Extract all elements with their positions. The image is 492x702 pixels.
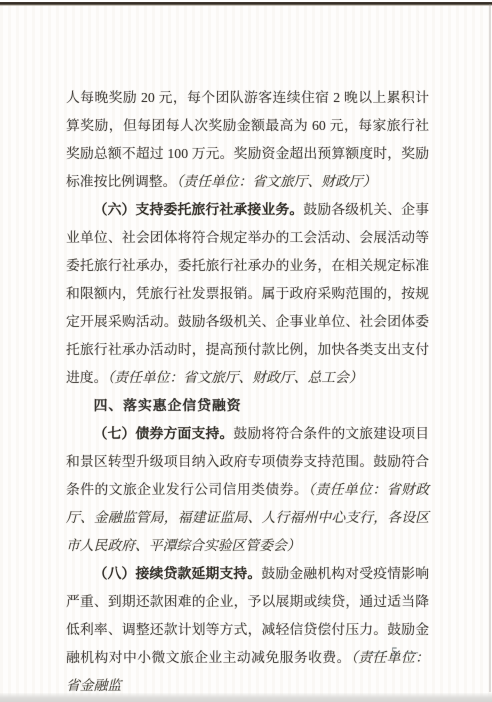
responsible-unit-note: （责任单位：省文旅厅、财政厅） — [176, 174, 376, 189]
document-body: 人每晚奖励 20 元，每个团队游客连续住宿 2 晚以上累积计算奖励，但每团每人次… — [66, 84, 429, 700]
item-6-title: （六）支持委托旅行社承接业务。 — [94, 202, 304, 217]
item-8-title: （八）接续贷款延期支持。 — [94, 566, 262, 581]
scan-right-edge-shadow — [489, 4, 491, 692]
responsible-unit-note: （责任单位：省文旅厅、财政厅、总工会） — [107, 370, 362, 385]
scanned-document-page: 人每晚奖励 20 元，每个团队游客连续住宿 2 晚以上累积计算奖励，但每团每人次… — [0, 0, 492, 702]
section-heading-4-credit-financing: 四、落实惠企信贷融资 — [66, 392, 429, 420]
paragraph-text: 鼓励各级机关、企事业单位、社会团体将符合规定举办的工会活动、会展活动等委托旅行社… — [66, 202, 429, 385]
item-7-title: （七）债券方面支持。 — [94, 426, 234, 441]
paragraph-item-7-bond-support: （七）债券方面支持。鼓励将符合条件的文旅建设项目和景区转型升级项目纳入政府专项债… — [66, 420, 429, 560]
section-heading-text: 四、落实惠企信贷融资 — [94, 398, 242, 413]
paragraph-hotel-incentive-continuation: 人每晚奖励 20 元，每个团队游客连续住宿 2 晚以上累积计算奖励，但每团每人次… — [66, 84, 429, 196]
scan-bottom-edge-band — [0, 693, 492, 702]
paragraph-item-8-loan-extension: （八）接续贷款延期支持。鼓励金融机构对受疫情影响严重、到期还款困难的企业，予以展… — [66, 560, 429, 700]
page-number: — 5 — — [371, 643, 420, 661]
paragraph-item-6-travel-agency-business: （六）支持委托旅行社承接业务。鼓励各级机关、企事业单位、社会团体将符合规定举办的… — [66, 196, 429, 392]
scan-top-edge-line — [0, 0, 492, 6]
